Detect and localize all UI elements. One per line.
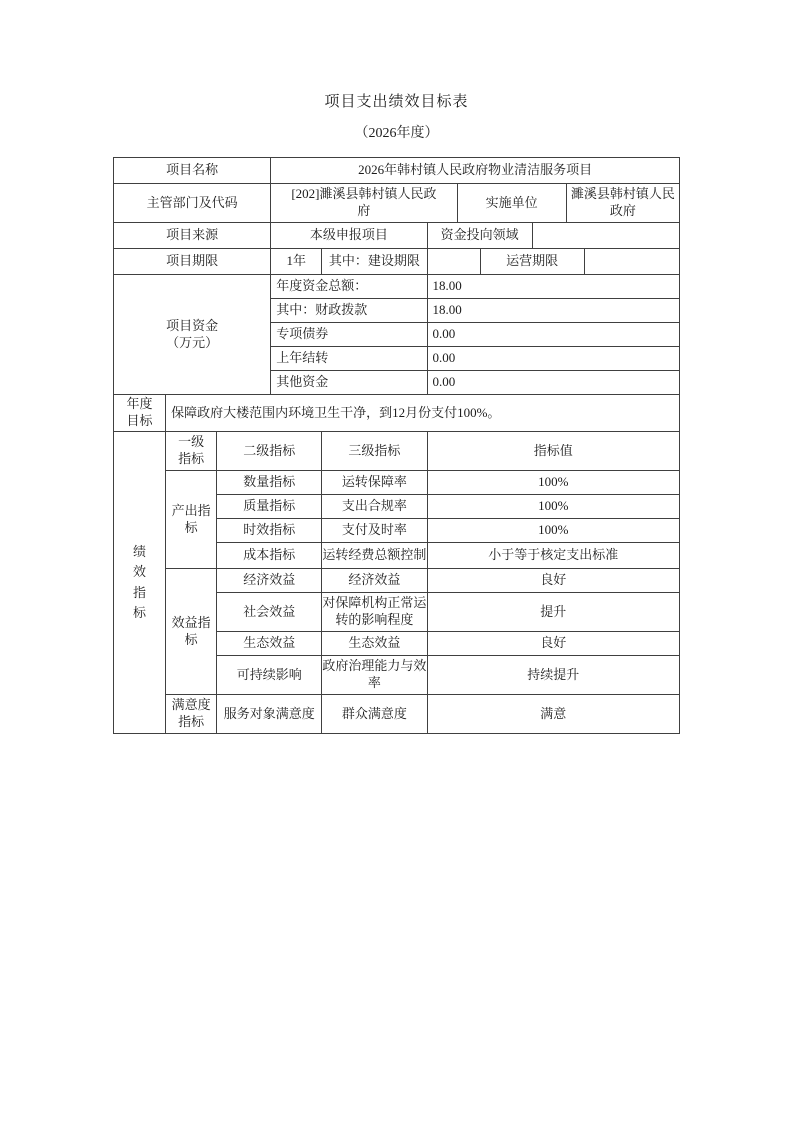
operation-period-label: 运营期限 xyxy=(480,249,584,275)
table-row: 年度 目标 保障政府大楼范围内环境卫生干净，到12月份支付100%。 xyxy=(114,395,680,432)
funding-bond-value: 0.00 xyxy=(427,323,680,347)
project-funding-label: 项目资金 （万元） xyxy=(114,275,271,395)
funding-total-label: 年度资金总额： xyxy=(271,275,427,299)
perf-row-level2: 生态效益 xyxy=(217,632,322,656)
table-row: 效益指 标 经济效益 经济效益 良好 xyxy=(114,569,680,593)
table-row: 产出指 标 数量指标 运转保障率 100% xyxy=(114,471,680,495)
funding-carryover-value: 0.00 xyxy=(427,347,680,371)
perf-row-level3: 政府治理能力与效 率 xyxy=(322,656,427,695)
impl-unit-value: 濉溪县韩村镇人民 政府 xyxy=(566,184,679,223)
performance-section-label: 绩 效 指 标 xyxy=(114,432,166,734)
annual-goal-value: 保障政府大楼范围内环境卫生干净，到12月份支付100%。 xyxy=(166,395,680,432)
perf-header-value: 指标值 xyxy=(427,432,680,471)
funding-fiscal-label: 其中：财政拨款 xyxy=(271,299,427,323)
annual-goal-label: 年度 目标 xyxy=(114,395,166,432)
perf-header-level3: 三级指标 xyxy=(322,432,427,471)
project-period-label: 项目期限 xyxy=(114,249,271,275)
project-name-label: 项目名称 xyxy=(114,158,271,184)
table-row: 项目资金 （万元） 年度资金总额： 18.00 xyxy=(114,275,680,299)
dept-code-label: 主管部门及代码 xyxy=(114,184,271,223)
perf-row-value: 提升 xyxy=(427,593,680,632)
perf-row-level3: 生态效益 xyxy=(322,632,427,656)
table-row: 项目名称 2026年韩村镇人民政府物业清洁服务项目 xyxy=(114,158,680,184)
perf-row-value: 良好 xyxy=(427,569,680,593)
perf-row-value: 100% xyxy=(427,519,680,543)
page-subtitle: （2026年度） xyxy=(0,122,793,142)
fund-direction-label: 资金投向领域 xyxy=(427,223,532,249)
funding-other-value: 0.00 xyxy=(427,371,680,395)
perf-row-level2: 社会效益 xyxy=(217,593,322,632)
page-title: 项目支出绩效目标表 xyxy=(0,90,793,111)
project-source-label: 项目来源 xyxy=(114,223,271,249)
perf-row-value: 小于等于核定支出标准 xyxy=(427,543,680,569)
funding-other-label: 其他资金 xyxy=(271,371,427,395)
impl-unit-label: 实施单位 xyxy=(457,184,566,223)
perf-header-level1: 一级 指标 xyxy=(166,432,217,471)
perf-row-value: 良好 xyxy=(427,632,680,656)
perf-row-value: 100% xyxy=(427,495,680,519)
perf-row-level2: 经济效益 xyxy=(217,569,322,593)
funding-carryover-label: 上年结转 xyxy=(271,347,427,371)
perf-row-level2: 质量指标 xyxy=(217,495,322,519)
perf-group-benefit-label: 效益指 标 xyxy=(166,569,217,695)
perf-row-value: 持续提升 xyxy=(427,656,680,695)
perf-row-level2: 成本指标 xyxy=(217,543,322,569)
perf-row-value: 100% xyxy=(427,471,680,495)
perf-row-level3: 运转保障率 xyxy=(322,471,427,495)
dept-code-value: [202]濉溪县韩村镇人民政 府 xyxy=(271,184,457,223)
project-name-value: 2026年韩村镇人民政府物业清洁服务项目 xyxy=(271,158,680,184)
perf-row-level3: 经济效益 xyxy=(322,569,427,593)
table-row: 主管部门及代码 [202]濉溪县韩村镇人民政 府 实施单位 濉溪县韩村镇人民 政… xyxy=(114,184,680,223)
perf-row-value: 满意 xyxy=(427,695,680,734)
perf-group-satisfaction-label: 满意度 指标 xyxy=(166,695,217,734)
table-row: 项目来源 本级申报项目 资金投向领域 xyxy=(114,223,680,249)
perf-header-level2: 二级指标 xyxy=(217,432,322,471)
table-row: 绩 效 指 标 一级 指标 二级指标 三级指标 指标值 xyxy=(114,432,680,471)
perf-row-level3: 对保障机构正常运 转的影响程度 xyxy=(322,593,427,632)
performance-target-table: 项目名称 2026年韩村镇人民政府物业清洁服务项目 主管部门及代码 [202]濉… xyxy=(113,157,680,734)
perf-row-level3: 支出合规率 xyxy=(322,495,427,519)
document-page: 项目支出绩效目标表 （2026年度） 项目名称 2026年韩村镇人民政府物业清洁… xyxy=(0,0,793,734)
table-row: 满意度 指标 服务对象满意度 群众满意度 满意 xyxy=(114,695,680,734)
perf-row-level3: 运转经费总额控制 xyxy=(322,543,427,569)
funding-bond-label: 专项债券 xyxy=(271,323,427,347)
perf-row-level2: 可持续影响 xyxy=(217,656,322,695)
project-source-value: 本级申报项目 xyxy=(271,223,427,249)
project-period-value: 1年 xyxy=(271,249,322,275)
perf-group-output-label: 产出指 标 xyxy=(166,471,217,569)
funding-total-value: 18.00 xyxy=(427,275,680,299)
construction-period-value xyxy=(427,249,480,275)
perf-row-level3: 群众满意度 xyxy=(322,695,427,734)
operation-period-value xyxy=(584,249,679,275)
construction-period-label: 其中：建设期限 xyxy=(322,249,427,275)
fund-direction-value xyxy=(532,223,679,249)
perf-row-level2: 时效指标 xyxy=(217,519,322,543)
table-row: 项目期限 1年 其中：建设期限 运营期限 xyxy=(114,249,680,275)
perf-row-level3: 支付及时率 xyxy=(322,519,427,543)
funding-fiscal-value: 18.00 xyxy=(427,299,680,323)
perf-row-level2: 服务对象满意度 xyxy=(217,695,322,734)
perf-row-level2: 数量指标 xyxy=(217,471,322,495)
